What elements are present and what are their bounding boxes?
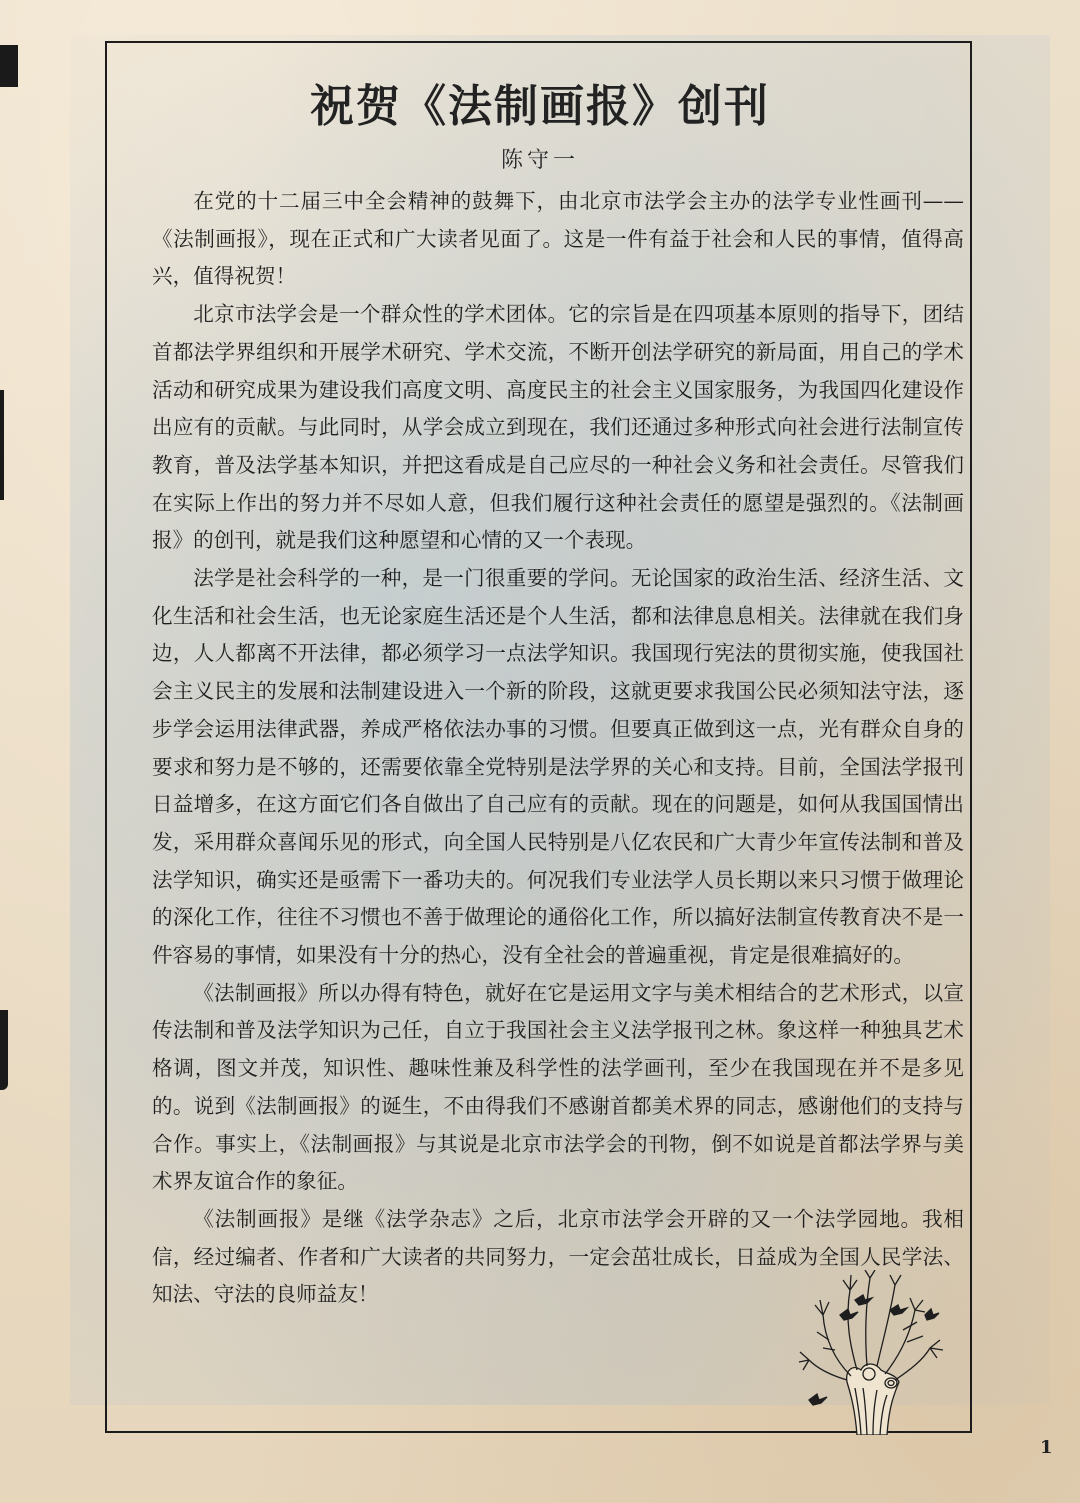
paragraph-3: 法学是社会科学的一种，是一门很重要的学问。无论国家的政治生活、经济生活、文化生活… <box>152 560 964 975</box>
paragraph-4: 《法制画报》所以办得有特色，就好在它是运用文字与美术相结合的艺术形式，以宣传法制… <box>152 975 964 1201</box>
article-author: 陈守一 <box>0 143 1080 174</box>
article-body: 在党的十二届三中全会精神的鼓舞下，由北京市法学会主办的法学专业性画刊——《法制画… <box>152 183 964 1314</box>
article-title: 祝贺《法制画报》创刊 <box>0 70 1080 134</box>
paragraph-2: 北京市法学会是一个群众性的学术团体。它的宗旨是在四项基本原则的指导下，团结首都法… <box>152 296 964 560</box>
binding-mark-middle <box>0 390 4 500</box>
paragraph-1: 在党的十二届三中全会精神的鼓舞下，由北京市法学会主办的法学专业性画刊——《法制画… <box>152 183 964 296</box>
tree-with-birds-illustration-icon <box>795 1270 955 1435</box>
binding-mark-lower <box>0 1010 8 1090</box>
page-number: 1 <box>1040 1437 1053 1458</box>
